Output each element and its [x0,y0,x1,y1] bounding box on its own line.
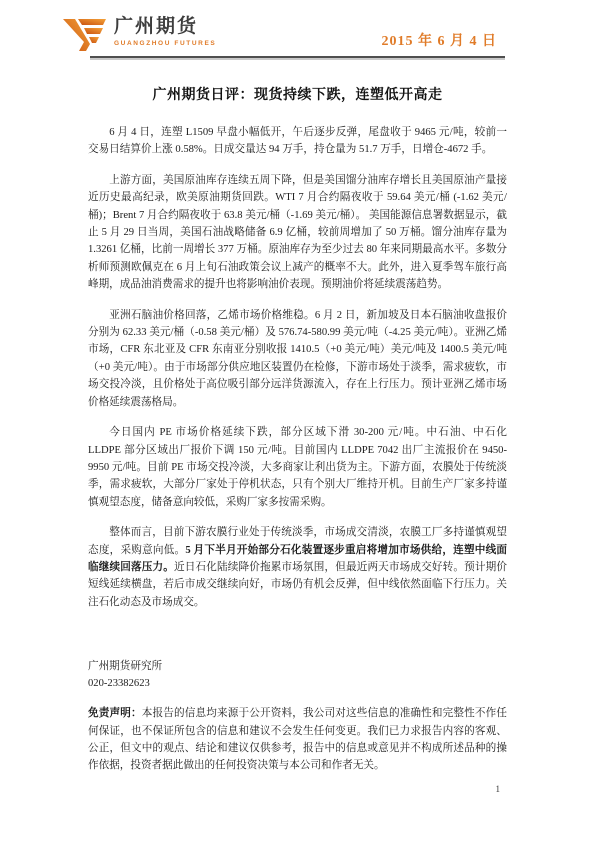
paragraph-asia-naphtha: 亚洲石脑油价格回落，乙烯市场价格维稳。6 月 2 日，新加坡及日本石脑油收盘报价… [88,307,507,411]
disclaimer-text: 本报告的信息均来源于公开资料，我公司对这些信息的准确性和完整性不作任何保证，也不… [88,708,507,771]
brand-text: 广州期货 GUANGZHOU FUTURES [114,14,216,47]
contact-block: 广州期货研究所 020-23382623 [88,658,507,692]
contact-phone: 020-23382623 [88,675,507,692]
paragraph-domestic-pe: 今日国内 PE 市场价格延续下跌，部分区域下滑 30-200 元/吨。中石油、中… [88,424,507,511]
page-number: 1 [496,784,501,794]
report-date: 2015 年 6 月 4 日 [382,30,498,52]
paragraph-upstream-crude: 上游方面，美国原油库存连续五周下降，但是美国馏分油库存增长且美国原油产量接近历史… [88,172,507,294]
brand-logo: 广州期货 GUANGZHOU FUTURES [62,14,216,52]
document-page: 广州期货 GUANGZHOU FUTURES 2015 年 6 月 4 日 广州… [0,0,595,842]
disclaimer: 免责声明：本报告的信息均来源于公开资料，我公司对这些信息的准确性和完整性不作任何… [88,705,507,775]
paragraph-outlook: 整体而言，目前下游农膜行业处于传统淡季，市场成交清淡，农膜工厂多持谨慎观望态度，… [88,524,507,611]
paragraph-market-summary: 6 月 4 日，连塑 L1509 早盘小幅低开，午后逐步反弹，尾盘收于 9465… [88,124,507,159]
report-body: 广州期货日评：现货持续下跌，连塑低开高走 6 月 4 日，连塑 L1509 早盘… [0,84,595,775]
brand-name-cn: 广州期货 [114,17,216,37]
report-title: 广州期货日评：现货持续下跌，连塑低开高走 [88,84,507,104]
header: 广州期货 GUANGZHOU FUTURES 2015 年 6 月 4 日 [0,0,595,56]
brand-name-en: GUANGZHOU FUTURES [114,40,216,47]
header-divider [90,56,505,58]
ye-monogram-icon [62,14,106,52]
disclaimer-label: 免责声明： [88,708,142,719]
research-institute-name: 广州期货研究所 [88,658,507,675]
